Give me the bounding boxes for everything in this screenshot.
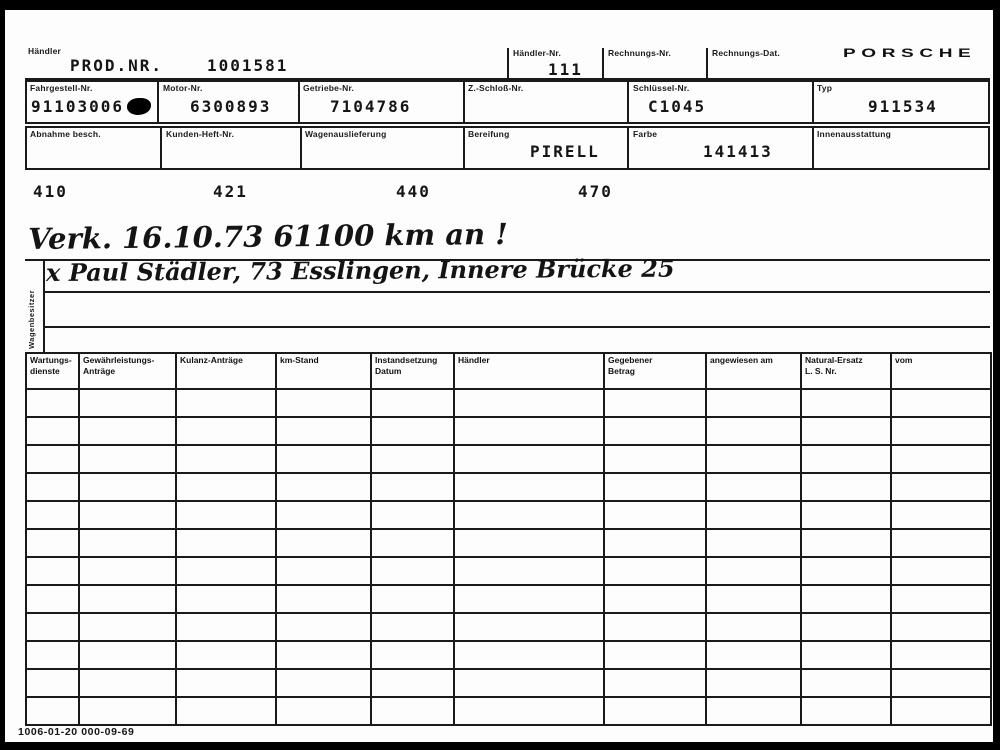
table-row bbox=[26, 417, 991, 445]
table-cell bbox=[276, 389, 371, 417]
table-cell bbox=[79, 613, 176, 641]
table-row bbox=[26, 669, 991, 697]
table-cell bbox=[79, 557, 176, 585]
table-cell bbox=[891, 501, 991, 529]
prod-nr-label: PROD.NR. bbox=[70, 56, 163, 75]
table-cell bbox=[176, 613, 276, 641]
haendler-nr-label: Händler-Nr. bbox=[513, 48, 561, 58]
schluessel-label: Schlüssel-Nr. bbox=[633, 83, 689, 93]
divider bbox=[463, 126, 465, 170]
table-cell bbox=[454, 501, 604, 529]
divider bbox=[157, 80, 159, 124]
table-cell bbox=[801, 389, 891, 417]
table-cell bbox=[891, 389, 991, 417]
form-number: 1006-01-20 000-09-69 bbox=[18, 726, 135, 738]
table-cell bbox=[276, 417, 371, 445]
table-cell bbox=[454, 529, 604, 557]
schluessel-value: C1045 bbox=[648, 97, 706, 116]
table-row bbox=[26, 697, 991, 725]
zschloss-label: Z.-Schloß-Nr. bbox=[468, 83, 524, 93]
table-cell bbox=[801, 445, 891, 473]
table-cell bbox=[26, 529, 79, 557]
table-cell bbox=[26, 445, 79, 473]
motor-label: Motor-Nr. bbox=[163, 83, 203, 93]
table-cell bbox=[176, 585, 276, 613]
col-natural-ersatz: Natural-Ersatz L. S. Nr. bbox=[801, 353, 891, 389]
table-cell bbox=[706, 697, 801, 725]
divider bbox=[463, 80, 465, 124]
table-cell bbox=[276, 473, 371, 501]
table-cell bbox=[604, 697, 706, 725]
table-cell bbox=[801, 473, 891, 501]
col-instandsetzung: Instandsetzung Datum bbox=[371, 353, 454, 389]
table-cell bbox=[706, 585, 801, 613]
divider bbox=[627, 126, 629, 170]
fahrgestell-value: 91103006 bbox=[31, 97, 124, 116]
divider bbox=[160, 126, 162, 170]
table-cell bbox=[176, 557, 276, 585]
table-cell bbox=[176, 501, 276, 529]
table-cell bbox=[604, 445, 706, 473]
table-row bbox=[26, 389, 991, 417]
table-cell bbox=[604, 641, 706, 669]
table-cell bbox=[26, 417, 79, 445]
table-cell bbox=[891, 585, 991, 613]
fahrgestell-label: Fahrgestell-Nr. bbox=[30, 83, 93, 93]
option-code: 470 bbox=[578, 182, 613, 201]
table-cell bbox=[79, 641, 176, 669]
divider bbox=[507, 48, 509, 80]
table-cell bbox=[891, 473, 991, 501]
table-row bbox=[26, 445, 991, 473]
table-cell bbox=[79, 501, 176, 529]
table-cell bbox=[26, 585, 79, 613]
table-cell bbox=[176, 669, 276, 697]
table-cell bbox=[176, 417, 276, 445]
option-code: 440 bbox=[396, 182, 431, 201]
service-table-header-row: Wartungs- dienste Gewährleistungs- Anträ… bbox=[26, 353, 991, 389]
innenausstattung-label: Innenausstattung bbox=[817, 129, 891, 139]
prod-nr-value: 1001581 bbox=[207, 56, 288, 75]
motor-value: 6300893 bbox=[190, 97, 271, 116]
table-row bbox=[26, 641, 991, 669]
kundenheft-label: Kunden-Heft-Nr. bbox=[166, 129, 234, 139]
divider bbox=[812, 80, 814, 124]
table-cell bbox=[801, 697, 891, 725]
divider bbox=[602, 48, 604, 80]
table-cell bbox=[79, 585, 176, 613]
table-cell bbox=[891, 697, 991, 725]
table-cell bbox=[801, 557, 891, 585]
table-cell bbox=[454, 417, 604, 445]
table-cell bbox=[891, 669, 991, 697]
table-cell bbox=[604, 613, 706, 641]
wagenbesitzer-side-label: Wagenbesitzer bbox=[27, 265, 36, 349]
divider bbox=[300, 126, 302, 170]
table-cell bbox=[801, 585, 891, 613]
table-cell bbox=[706, 473, 801, 501]
table-cell bbox=[26, 389, 79, 417]
table-cell bbox=[706, 613, 801, 641]
table-cell bbox=[371, 389, 454, 417]
haendler-label: Händler bbox=[28, 46, 61, 56]
table-cell bbox=[604, 529, 706, 557]
rechnungs-nr-label: Rechnungs-Nr. bbox=[608, 48, 671, 58]
col-gegebener-betrag: Gegebener Betrag bbox=[604, 353, 706, 389]
table-cell bbox=[454, 445, 604, 473]
table-cell bbox=[706, 445, 801, 473]
table-cell bbox=[276, 613, 371, 641]
getriebe-value: 7104786 bbox=[330, 97, 411, 116]
typ-label: Typ bbox=[817, 83, 832, 93]
table-cell bbox=[371, 613, 454, 641]
table-cell bbox=[604, 585, 706, 613]
abnahme-label: Abnahme besch. bbox=[30, 129, 101, 139]
typ-value: 911534 bbox=[868, 97, 938, 116]
bereifung-value: PIRELL bbox=[530, 142, 600, 161]
scanned-record-card: Händler PROD.NR. 1001581 Händler-Nr. 111… bbox=[0, 0, 1000, 750]
table-cell bbox=[371, 529, 454, 557]
table-cell bbox=[371, 473, 454, 501]
rule bbox=[43, 326, 990, 328]
table-cell bbox=[79, 417, 176, 445]
table-cell bbox=[604, 389, 706, 417]
table-cell bbox=[26, 473, 79, 501]
table-cell bbox=[706, 641, 801, 669]
table-cell bbox=[706, 669, 801, 697]
rule bbox=[43, 291, 990, 293]
service-table-body bbox=[26, 389, 991, 725]
table-cell bbox=[371, 585, 454, 613]
table-cell bbox=[276, 529, 371, 557]
table-cell bbox=[454, 557, 604, 585]
rechnungs-dat-label: Rechnungs-Dat. bbox=[712, 48, 780, 58]
table-cell bbox=[276, 445, 371, 473]
table-cell bbox=[26, 501, 79, 529]
table-cell bbox=[801, 501, 891, 529]
table-cell bbox=[604, 669, 706, 697]
table-row bbox=[26, 473, 991, 501]
getriebe-label: Getriebe-Nr. bbox=[303, 83, 354, 93]
table-cell bbox=[891, 613, 991, 641]
table-cell bbox=[79, 445, 176, 473]
table-cell bbox=[276, 501, 371, 529]
table-cell bbox=[26, 557, 79, 585]
table-cell bbox=[454, 389, 604, 417]
table-cell bbox=[26, 613, 79, 641]
farbe-value: 141413 bbox=[703, 142, 773, 161]
table-cell bbox=[454, 641, 604, 669]
col-haendler: Händler bbox=[454, 353, 604, 389]
col-angewiesen-am: angewiesen am bbox=[706, 353, 801, 389]
col-kulanz: Kulanz-Anträge bbox=[176, 353, 276, 389]
table-cell bbox=[801, 641, 891, 669]
farbe-label: Farbe bbox=[633, 129, 657, 139]
table-cell bbox=[706, 501, 801, 529]
option-code: 421 bbox=[213, 182, 248, 201]
col-wartungsdienste: Wartungs- dienste bbox=[26, 353, 79, 389]
table-cell bbox=[706, 417, 801, 445]
table-cell bbox=[79, 389, 176, 417]
divider bbox=[706, 48, 708, 80]
divider bbox=[812, 126, 814, 170]
handwriting-owner: x Paul Städler, 73 Esslingen, Innere Brü… bbox=[46, 254, 675, 287]
table-cell bbox=[801, 529, 891, 557]
table-cell bbox=[176, 445, 276, 473]
table-cell bbox=[371, 417, 454, 445]
table-cell bbox=[371, 557, 454, 585]
bereifung-label: Bereifung bbox=[468, 129, 509, 139]
table-cell bbox=[891, 417, 991, 445]
table-cell bbox=[801, 613, 891, 641]
table-row bbox=[26, 585, 991, 613]
table-cell bbox=[276, 585, 371, 613]
divider bbox=[43, 259, 45, 352]
table-cell bbox=[891, 445, 991, 473]
divider bbox=[298, 80, 300, 124]
table-row bbox=[26, 529, 991, 557]
table-cell bbox=[891, 557, 991, 585]
table-cell bbox=[276, 669, 371, 697]
table-cell bbox=[371, 697, 454, 725]
service-table: Wartungs- dienste Gewährleistungs- Anträ… bbox=[25, 352, 992, 726]
table-cell bbox=[454, 697, 604, 725]
table-cell bbox=[79, 697, 176, 725]
table-cell bbox=[79, 529, 176, 557]
wagenauslieferung-label: Wagenauslieferung bbox=[305, 129, 387, 139]
table-cell bbox=[276, 557, 371, 585]
table-cell bbox=[176, 697, 276, 725]
table-cell bbox=[371, 445, 454, 473]
table-cell bbox=[801, 669, 891, 697]
table-cell bbox=[79, 669, 176, 697]
table-cell bbox=[371, 501, 454, 529]
table-cell bbox=[454, 585, 604, 613]
table-cell bbox=[706, 529, 801, 557]
option-code: 410 bbox=[33, 182, 68, 201]
table-cell bbox=[276, 697, 371, 725]
table-cell bbox=[801, 417, 891, 445]
table-cell bbox=[79, 473, 176, 501]
table-cell bbox=[706, 389, 801, 417]
divider bbox=[627, 80, 629, 124]
table-cell bbox=[604, 417, 706, 445]
table-cell bbox=[454, 669, 604, 697]
table-cell bbox=[891, 641, 991, 669]
table-cell bbox=[176, 389, 276, 417]
table-row bbox=[26, 557, 991, 585]
table-cell bbox=[454, 473, 604, 501]
table-cell bbox=[26, 641, 79, 669]
table-cell bbox=[891, 529, 991, 557]
table-cell bbox=[371, 641, 454, 669]
table-cell bbox=[176, 641, 276, 669]
table-cell bbox=[454, 613, 604, 641]
table-row bbox=[26, 501, 991, 529]
handwriting-sale-note: Verk. 16.10.73 61100 km an ! bbox=[28, 217, 508, 256]
table-cell bbox=[371, 669, 454, 697]
table-cell bbox=[26, 669, 79, 697]
table-cell bbox=[276, 641, 371, 669]
haendler-nr-value: 111 bbox=[548, 60, 583, 79]
table-cell bbox=[176, 529, 276, 557]
table-cell bbox=[604, 473, 706, 501]
col-vom: vom bbox=[891, 353, 991, 389]
table-cell bbox=[604, 501, 706, 529]
col-gewaehrleistung: Gewährleistungs- Anträge bbox=[79, 353, 176, 389]
table-cell bbox=[706, 557, 801, 585]
table-cell bbox=[176, 473, 276, 501]
col-km-stand: km-Stand bbox=[276, 353, 371, 389]
table-cell bbox=[26, 697, 79, 725]
porsche-logo: PORSCHE bbox=[843, 46, 976, 60]
table-row bbox=[26, 613, 991, 641]
table-cell bbox=[604, 557, 706, 585]
